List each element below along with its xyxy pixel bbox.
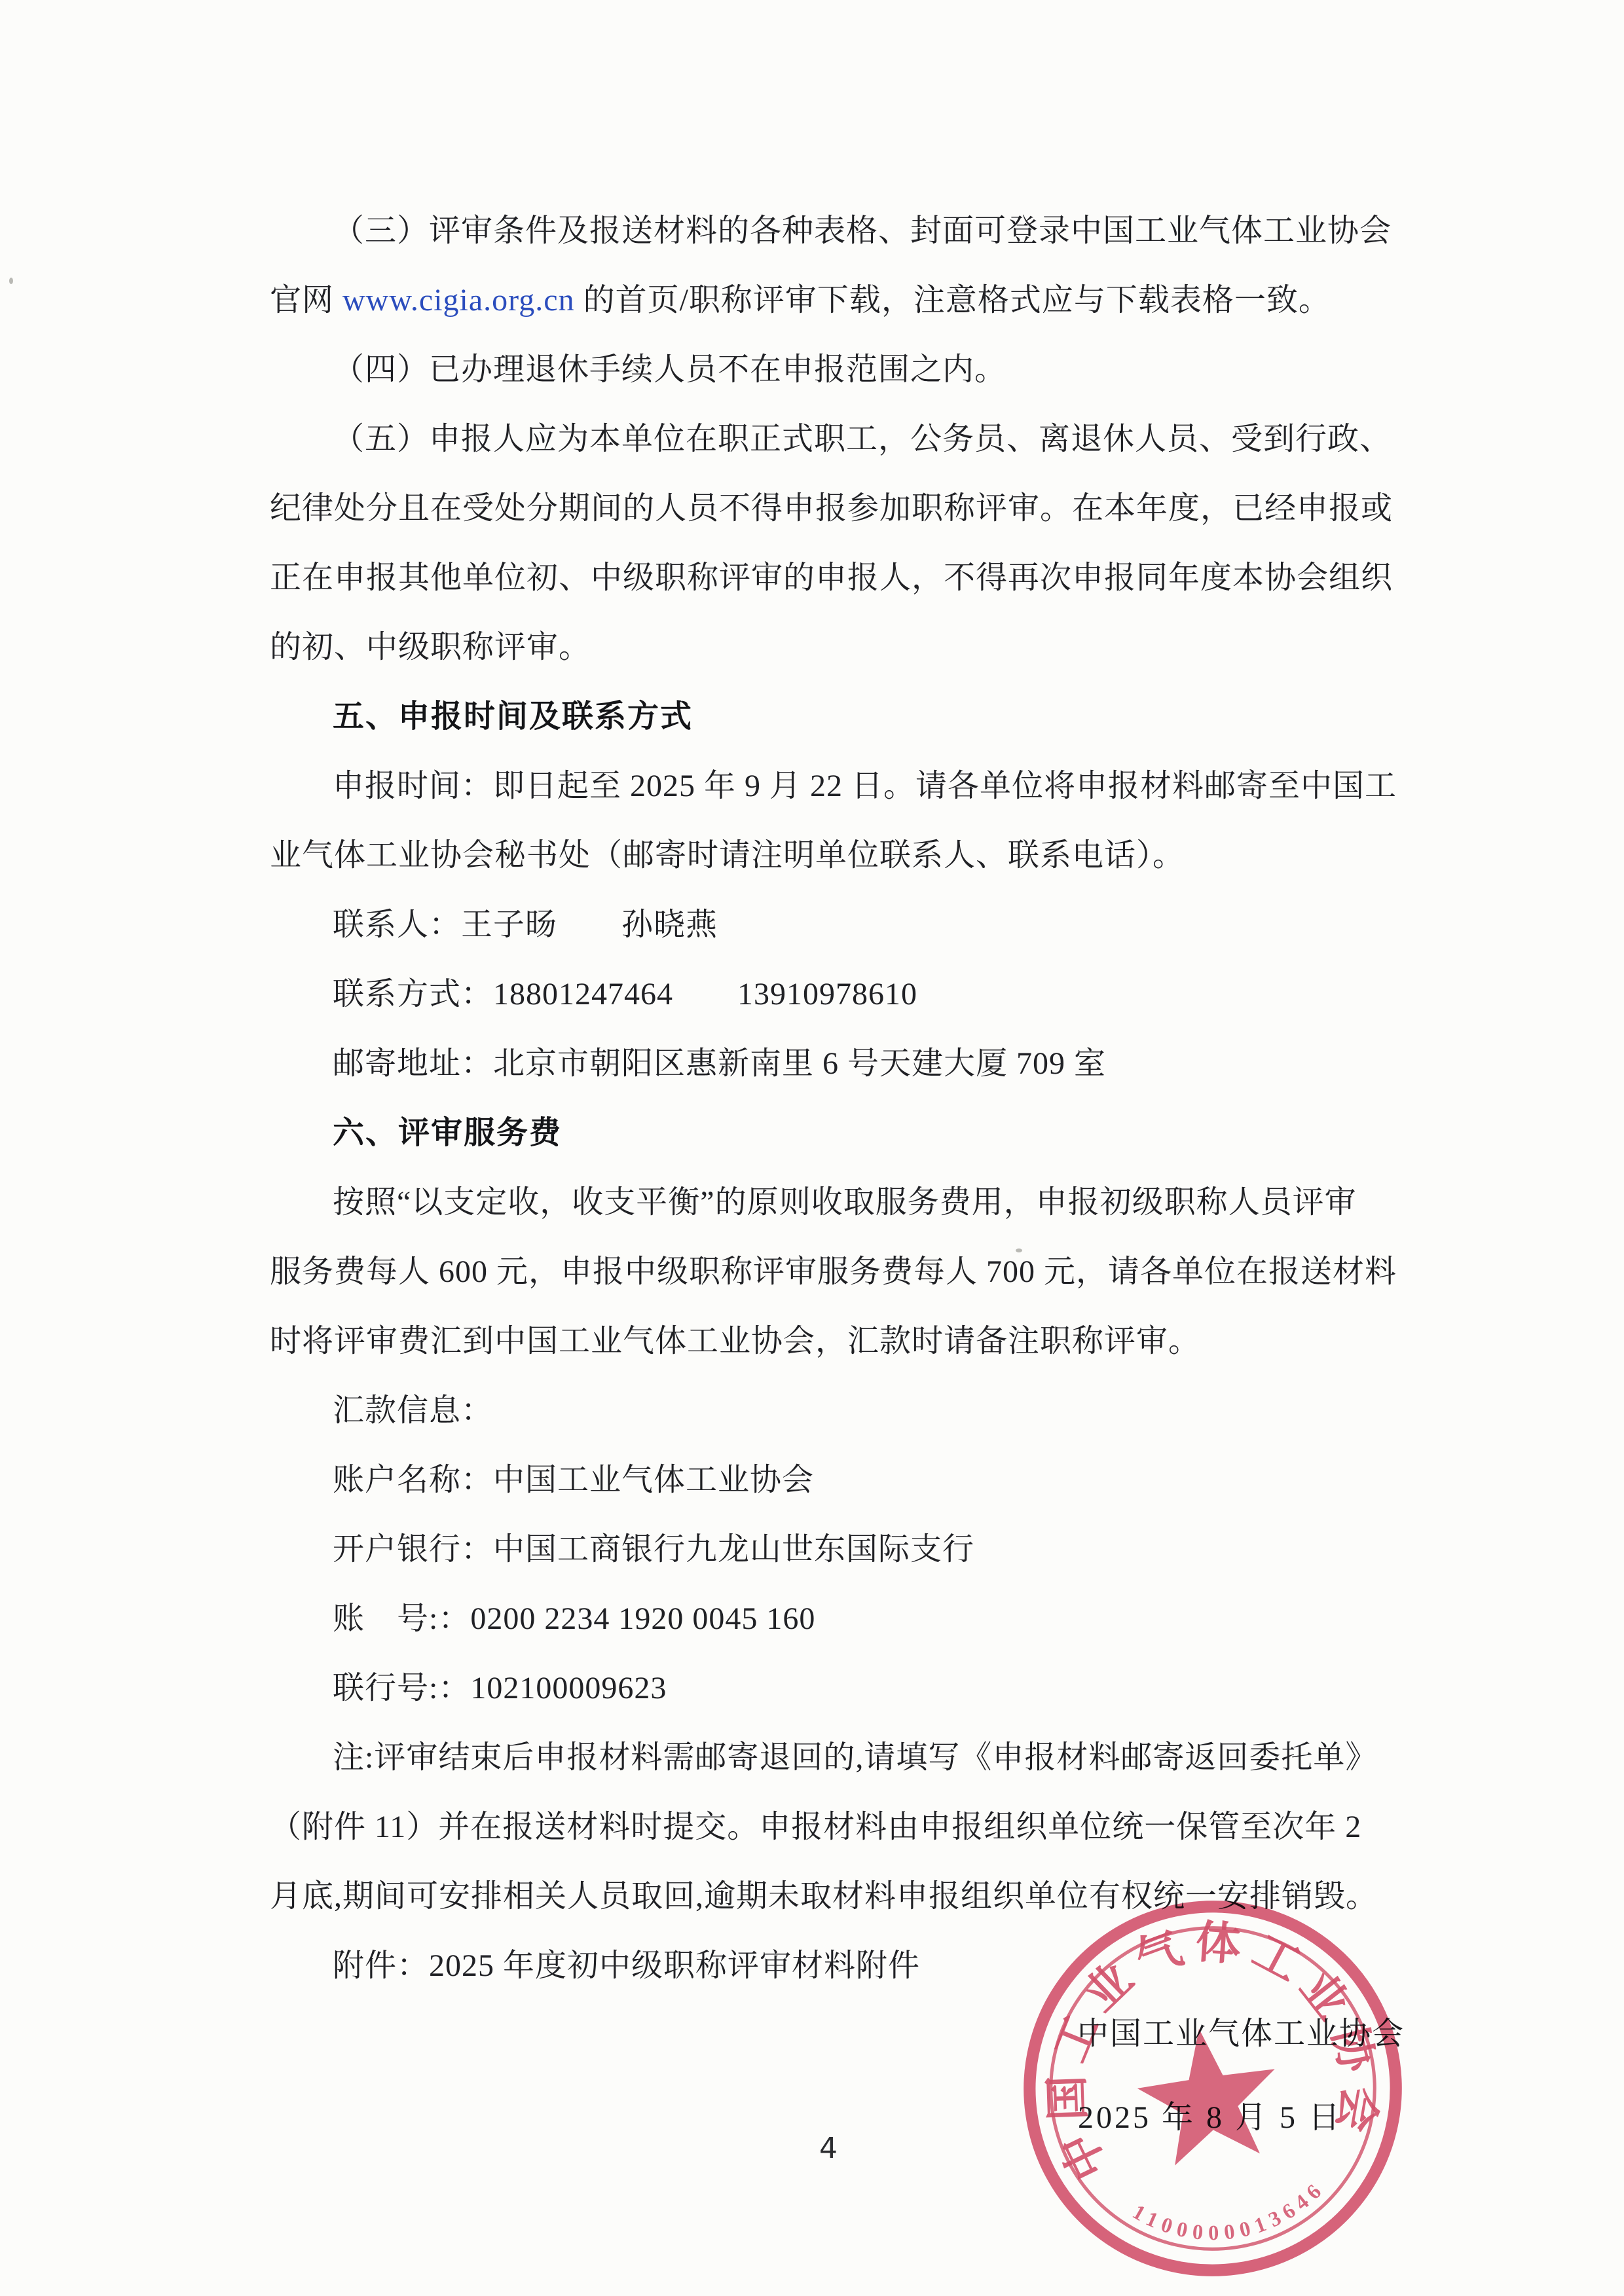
document-line: 纪律处分且在受处分期间的人员不得申报参加职称评审。在本年度，已经申报或 [270,474,1422,543]
document-line: 官网 www.cigia.org.cn 的首页/职称评审下载，注意格式应与下载表… [270,266,1422,335]
document-line: 联行号:：102100009623 [270,1654,1422,1723]
document-line: 正在申报其他单位初、中级职称评审的申报人，不得再次申报同年度本协会组织 [270,543,1422,613]
document-line: （附件 11）并在报送材料时提交。申报材料由申报组织单位统一保管至次年 2 [270,1793,1422,1862]
document-line: 时将评审费汇到中国工业气体工业协会，汇款时请备注职称评审。 [270,1307,1422,1376]
document-line: 业气体工业协会秘书处（邮寄时请注明单位联系人、联系电话）。 [270,821,1422,890]
text-run: 官网 [270,283,342,318]
scan-speck [1016,1248,1022,1252]
document-line: 服务费每人 600 元，申报中级职称评审服务费每人 700 元，请各单位在报送材… [270,1237,1422,1307]
seal-ring-text: 中国工业气体工业协会 [1018,1895,1393,2190]
document-line: 的初、中级职称评审。 [270,613,1422,682]
seal-star-icon [1130,2019,1286,2169]
document-body: （三）评审条件及报送材料的各种表格、封面可登录中国工业气体工业协会官网 www.… [270,196,1422,2001]
document-line: 邮寄地址：北京市朝阳区惠新南里 6 号天建大厦 709 室 [270,1029,1422,1099]
document-line: 联系人：王子旸 孙晓燕 [270,890,1422,960]
document-line: 联系方式：18801247464 13910978610 [270,960,1422,1029]
document-page: （三）评审条件及报送材料的各种表格、封面可登录中国工业气体工业协会官网 www.… [0,0,1624,2296]
text-run: 的首页/职称评审下载，注意格式应与下载表格一致。 [575,283,1331,318]
document-line: 账 号:：0200 2234 1920 0045 160 [270,1584,1422,1654]
page-number: 4 [763,2132,894,2165]
scan-speck [9,278,13,284]
website-link[interactable]: www.cigia.org.cn [342,283,575,318]
document-line: 汇款信息： [270,1376,1422,1446]
section-heading: 六、评审服务费 [270,1099,1422,1168]
document-line: （三）评审条件及报送材料的各种表格、封面可登录中国工业气体工业协会 [270,196,1422,266]
svg-text:中国工业气体工业协会: 中国工业气体工业协会 [1018,1895,1393,2190]
official-seal: 中国工业气体工业协会 1100000013646 [1014,1889,1412,2287]
section-heading: 五、申报时间及联系方式 [270,682,1422,752]
document-line: 申报时间：即日起至 2025 年 9 月 22 日。请各单位将申报材料邮寄至中国… [270,752,1422,821]
document-line: 开户银行：中国工商银行九龙山世东国际支行 [270,1515,1422,1584]
document-line: 注:评审结束后申报材料需邮寄退回的,请填写《申报材料邮寄返回委托单》 [270,1723,1422,1793]
document-line: 账户名称：中国工业气体工业协会 [270,1446,1422,1515]
document-line: （五）申报人应为本单位在职正式职工，公务员、离退休人员、受到行政、 [270,405,1422,474]
document-line: （四）已办理退休手续人员不在申报范围之内。 [270,335,1422,405]
document-line: 按照“以支定收，收支平衡”的原则收取服务费用，申报初级职称人员评审 [270,1168,1422,1237]
